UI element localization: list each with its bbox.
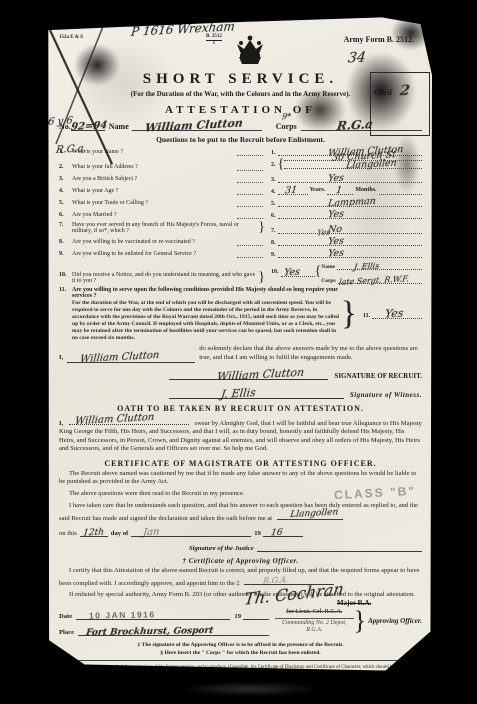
a11-number: 11. — [363, 313, 370, 319]
a8-value: Yes — [327, 235, 344, 247]
pencil-number-34: 34 — [347, 49, 367, 66]
q4-text: What is your Age ? — [72, 188, 235, 194]
dot-leader — [237, 251, 263, 258]
oath-paragraph: I, William Clutton swear by Almighty God… — [59, 415, 422, 454]
approving-place-row: Place Fort Brockhurst, Gosport — [59, 626, 269, 636]
declaration-i-label: I, — [59, 354, 63, 363]
corps-field: R.G.a — [301, 121, 422, 131]
magistrate-heading: CERTIFICATE OF MAGISTRATE OR ATTESTING O… — [59, 459, 422, 468]
footnote-divider — [59, 660, 422, 661]
recruit-signature-label: SIGNATURE OF RECRUIT. — [334, 372, 422, 380]
witness-signature-row: J. Ellis Signature of Witness. — [169, 388, 422, 399]
q8-text: Are you willing to be vaccinated or re-v… — [72, 239, 235, 245]
a10-name-value: J. Ellis — [353, 261, 379, 271]
a9-number: 9. — [271, 252, 276, 258]
footnote-date-label: on the (Date) — [59, 675, 419, 690]
question-brace: } — [258, 272, 265, 283]
question-row-8: 8.Are you willing to be vaccinated or re… — [59, 237, 422, 246]
card-label: Card — [374, 88, 392, 97]
on-this-label: on this — [59, 530, 77, 537]
a9-line: Yes — [278, 249, 423, 258]
for-lieut-col-line: for Lieut.-Col. R.G.A. — [275, 609, 354, 616]
scanner-smudge — [180, 682, 320, 696]
a8-number: 8. — [271, 240, 276, 246]
corps-label: Corps — [276, 122, 297, 131]
a2-number: 2. — [271, 162, 276, 168]
approving-officer-label: Approving Officer. — [368, 617, 422, 626]
card-value: 2 — [399, 83, 411, 100]
scanned-attestation-document: { "header": { "print_code": "152a E & S"… — [0, 0, 477, 704]
recruit-signature-line: William Clutton — [169, 369, 328, 380]
dot-leader — [237, 149, 263, 156]
q5-text: What is your Trade or Calling ? — [72, 200, 235, 206]
question-row-9: 9.Are you willing to be enlisted for Gen… — [59, 249, 422, 258]
a6-value: Yes — [327, 208, 344, 220]
a4-months-value: 1 — [336, 184, 343, 195]
struck-rank-text: Major R.A. — [327, 599, 371, 608]
q6-number: 6. — [59, 212, 72, 218]
approving-date-row: Date 10 JAN 1916 19 — [59, 610, 269, 620]
month-value: Jan — [143, 526, 161, 538]
day-value: 12th — [82, 527, 104, 538]
question-row-6: 6.Are you Married ? 6.Yes — [59, 210, 422, 219]
a8-line: Yes — [278, 237, 423, 246]
year-value: 16 — [270, 527, 283, 538]
magistrate-para-3: I have taken care that he understands ea… — [59, 502, 422, 524]
commanding-line: Commanding No. 2 Depot, R.G.A. — [275, 618, 354, 635]
a3-value: Yes — [327, 172, 344, 184]
attest-place-value: Llangollen — [279, 508, 338, 523]
small-form-stamp-sub: 1 — [206, 41, 222, 47]
place-label: Place — [59, 629, 74, 636]
former-service-footnote-text: * If so, the Recruit is to be asked the … — [59, 665, 417, 680]
a3-line: Yes — [278, 174, 423, 183]
q11-number: 11. — [59, 287, 72, 299]
margin-note-2: R.G.a. — [55, 143, 87, 156]
a6-number: 6. — [271, 213, 276, 219]
a10-line: Yes — [281, 268, 315, 277]
footnote-2: § Here insert the " Corps " for which th… — [59, 650, 422, 657]
q10-text: Did you receive a Notice, and do you und… — [72, 272, 258, 284]
attest-place-field: Llangollen — [277, 510, 343, 520]
approving-para-1-text: I certify that this Attestation of the a… — [59, 567, 419, 588]
justice-signature-row: Signature of the Justice — [189, 542, 422, 552]
q5-number: 5. — [59, 200, 72, 206]
a5-line: Lampman — [278, 198, 423, 207]
day-field: 12th — [80, 527, 108, 537]
approving-year-label: 19 — [234, 613, 241, 620]
place-field: Fort Brockhurst, Gosport — [78, 626, 269, 636]
oath-heading: OATH TO BE TAKEN BY RECRUIT ON ATTESTATI… — [59, 404, 422, 413]
footnote-regiment-label: enlisted in the (Regiment) — [267, 675, 318, 680]
a4-years-line: 31 — [278, 186, 308, 195]
a8-scribble: Yes — [316, 227, 331, 237]
q7-number: 7. — [59, 222, 72, 228]
dot-leader — [237, 200, 263, 207]
dot-leader — [237, 188, 263, 195]
approving-para-2: If enlisted by special authority, Army F… — [59, 591, 422, 600]
a1-number: 1. — [271, 150, 276, 156]
a10-name-line: J. Ellis — [337, 261, 422, 270]
question-row-3: 3.Are you a British Subject ? 3.Yes — [59, 174, 422, 183]
footnote-regiment-blank — [319, 672, 405, 678]
justice-signature-label: Signature of the Justice — [189, 545, 254, 552]
q8-number: 8. — [59, 239, 72, 245]
q3-text: Are you a British Subject ? — [72, 176, 235, 182]
question-row-10: 10.Did you receive a Notice, and do you … — [59, 261, 422, 284]
a4-years-label: Years. — [310, 187, 326, 194]
question-row-7: 7.Have you ever served in any branch of … — [59, 222, 422, 234]
oath-i-label: I, — [59, 420, 63, 427]
justice-signature-line — [257, 542, 422, 552]
a2-value-2: Llangollen — [346, 158, 398, 172]
a4-months-line: 1 — [327, 186, 353, 195]
a11-line: Yes — [372, 310, 422, 319]
a10-value: Yes — [283, 266, 300, 278]
no-field: 92=94 — [71, 121, 105, 131]
magistrate-para-1: The Recruit above named was cautioned by… — [59, 470, 422, 487]
approving-footer: Date 10 JAN 1916 19 Place Fort Brockhurs… — [59, 607, 422, 636]
a7-number: 7. — [271, 228, 276, 234]
declaration-name-field: William Clutton — [67, 353, 195, 363]
q10-number: 10. — [59, 272, 72, 278]
footnote-1: ‡ The signature of the Approving Officer… — [59, 642, 422, 649]
a6-line: Yes — [278, 210, 423, 219]
question-row-4: 4.What is your Age ? 4. 31 Years. 1 Mont… — [59, 186, 422, 195]
oath-name-value: William Clutton — [74, 410, 155, 427]
q3-number: 3. — [59, 176, 72, 182]
q4-number: 4. — [59, 188, 72, 194]
a10-corps-value: late Sergt. R.W.F. — [339, 274, 410, 287]
witness-signature-label: Signature of Witness. — [350, 391, 422, 399]
declaration-line: I, William Clutton do solemnly declare t… — [59, 345, 422, 362]
name-value: William Clutton — [144, 117, 243, 135]
year-field: 16 — [263, 527, 303, 537]
answer-brace: { — [278, 159, 285, 170]
recruit-signature: William Clutton — [216, 365, 305, 383]
document-page: 152a E & S Army Form B. 2512. P 1616 Wre… — [46, 16, 432, 688]
year-label: 19 — [254, 530, 261, 537]
q9-number: 9. — [59, 251, 72, 257]
approving-para-1: I certify that this Attestation of the a… — [59, 567, 422, 589]
approving-heading: † Certificate of Approving Officer. — [59, 557, 422, 565]
q9-text: Are you willing to be enlisted for Gener… — [72, 251, 235, 257]
a7-line: No — [278, 225, 423, 234]
dot-leader — [237, 164, 263, 171]
day-of-label: day of — [111, 530, 128, 537]
question-brace: } — [341, 300, 357, 327]
a2-line-2: Llangollen — [284, 168, 422, 169]
dot-leader — [237, 176, 263, 183]
royal-crest-icon — [232, 32, 268, 66]
a5-number: 5. — [271, 201, 276, 207]
question-row-5: 5.What is your Trade or Calling ? 5.Lamp… — [59, 198, 422, 207]
date-label: Date — [59, 613, 72, 620]
q11-text: Are you willing to serve upon the follow… — [72, 287, 341, 299]
approving-year-field — [243, 610, 269, 620]
witness-signature-line: J. Ellis — [169, 388, 344, 399]
a4-years-value: 31 — [284, 184, 297, 196]
a10-name-label: Name — [321, 264, 335, 270]
a4-months-label: Months. — [355, 187, 376, 194]
a3-number: 3. — [271, 177, 276, 183]
date-field: 10 JAN 1916 — [76, 610, 230, 620]
month-field: Jan — [131, 527, 251, 537]
a4-trailing-line — [379, 186, 422, 195]
question-brace: } — [258, 222, 265, 233]
date-stamp: 10 JAN 1916 — [88, 610, 155, 621]
witness-signature: J. Ellis — [221, 386, 257, 401]
corps-value: R.G.a — [336, 117, 374, 133]
q6-text: Are you Married ? — [72, 212, 235, 218]
q7-text: Have you ever served in any branch of Hi… — [72, 222, 258, 234]
name-field: William Clutton — [132, 121, 262, 131]
a9-value: Yes — [327, 247, 344, 259]
attest-date-line: on this 12th day of Jan 19 16 — [59, 527, 422, 537]
a10-number: 10. — [271, 269, 279, 275]
answer-brace: { — [315, 266, 322, 277]
dot-leader — [237, 239, 263, 246]
approving-brace: } — [354, 611, 366, 632]
declaration-name-value: William Clutton — [79, 348, 160, 365]
a10-corps-label: Corps — [321, 278, 335, 284]
question-row-11: 11.Are you willing to serve upon the fol… — [59, 287, 422, 342]
footnote-name-blank — [188, 672, 266, 678]
former-service-footnote: * If so, the Recruit is to be asked the … — [59, 665, 422, 691]
footnote-date-blank — [73, 681, 163, 687]
q11-terms-text: For the duration of the War, at the end … — [72, 300, 341, 342]
a10-corps-line: late Sergt. R.W.F. — [338, 275, 422, 284]
place-value: Fort Brockhurst, Gosport — [85, 626, 213, 638]
declaration-text: do solemnly declare that the above answe… — [199, 345, 422, 362]
a11-value: Yes — [384, 306, 404, 320]
small-form-stamp-number: B. 2512 — [206, 34, 222, 41]
dot-leader — [237, 212, 263, 219]
recruit-signature-row: William Clutton SIGNATURE OF RECRUIT. — [169, 369, 422, 380]
small-form-stamp: B. 2512 1 — [206, 34, 222, 48]
a5-value: Lampman — [327, 195, 376, 209]
pencil-mark-above-heading: 9* — [281, 112, 291, 122]
oath-name-field: William Clutton — [69, 415, 189, 425]
form-number: Army Form B. 2512. — [344, 35, 414, 45]
a4-number: 4. — [271, 189, 276, 195]
magistrate-para-3-text: I have taken care that he understands ea… — [59, 502, 418, 523]
